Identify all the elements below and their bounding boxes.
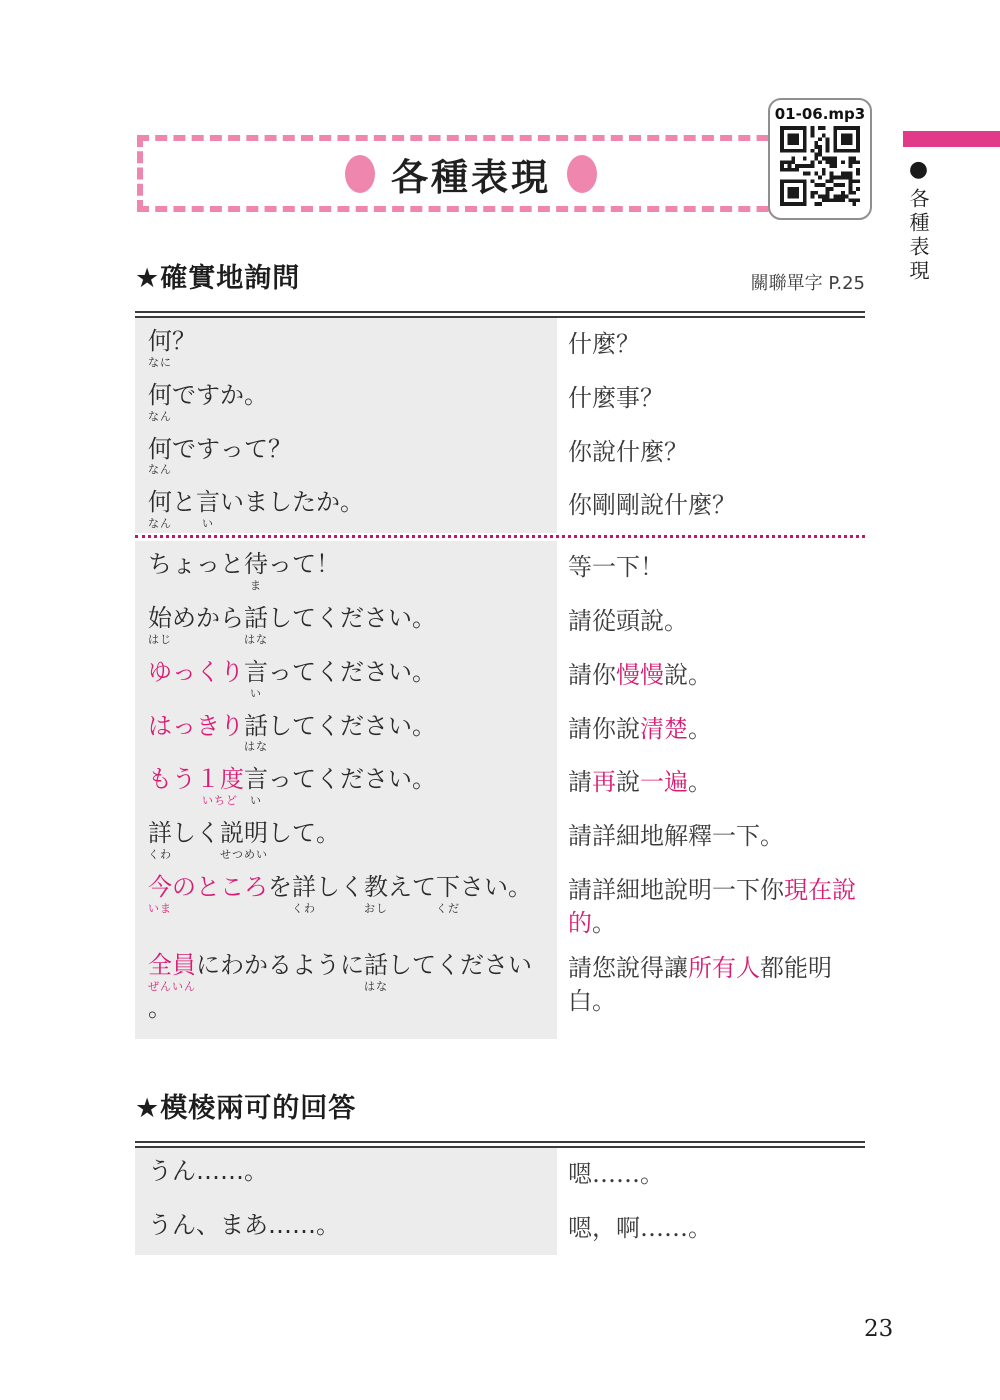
zh-translation-cell: 嗯，啊……。 [557, 1202, 865, 1256]
table-top-rule [135, 311, 865, 318]
side-tab-bar [903, 131, 1000, 147]
jp-phrase-cell: ち ょ っ と 待まっ て ！ [135, 541, 557, 595]
section-heading-row: ★模棱兩可的回答 [135, 1086, 865, 1125]
side-tab-bullet-icon: ● [906, 157, 931, 188]
zh-translation-cell: 請詳細地解釋一下。 [557, 810, 865, 864]
jp-phrase-cell: 何なんと 言いい ま し た か 。 [135, 479, 557, 533]
zh-translation-cell: 請你慢慢說。 [557, 649, 865, 703]
table-row: も う １度いちど言いっ て く だ さ い 。 請再說一遍。 [135, 756, 865, 810]
jp-phrase-cell: 始はじめ か ら 話はなし て く だ さ い 。 [135, 595, 557, 649]
jp-phrase-cell: 今いまの と こ ろ を 詳くわし く 教おしえ て 下くださ い 。 [135, 864, 557, 942]
zh-translation-cell: 你說什麼？ [557, 426, 865, 480]
phrase-sections: ★確實地詢問關聯單字 P.25何なに？ 什麼？何なんで す か 。 什麼事？何な… [135, 256, 865, 1255]
zh-translation-cell: 什麼？ [557, 318, 865, 372]
zh-translation-cell: 你剛剛說什麼？ [557, 479, 865, 533]
qr-code-icon [780, 126, 860, 206]
section-heading: ★模棱兩可的回答 [135, 1086, 356, 1125]
zh-translation-cell: 請您說得讓所有人都能明白。 [557, 942, 865, 1039]
side-tab: ●各種表現 [907, 157, 929, 284]
page-number: 23 [864, 1316, 893, 1342]
table-row: 全員ぜんいんに わ か る よ う に 話はなし て く だ さ い 。 請您說… [135, 942, 865, 1039]
page-title: 各種表現 [391, 147, 551, 201]
jp-phrase-cell: 何なに？ [135, 318, 557, 372]
title-dot-icon [567, 155, 597, 193]
table-row: 何なに？ 什麼？ [135, 318, 865, 372]
phrase-table: う ん … … 。 嗯……。う ん 、 ま あ … … 。 嗯，啊……。 [135, 1148, 865, 1256]
zh-translation-cell: 等一下！ [557, 541, 865, 595]
zh-translation-cell: 請你說清楚。 [557, 703, 865, 757]
table-row: 今いまの と こ ろ を 詳くわし く 教おしえ て 下くださ い 。 請詳細地… [135, 864, 865, 942]
table-row: 始はじめ か ら 話はなし て く だ さ い 。 請從頭說。 [135, 595, 865, 649]
jp-phrase-cell: う ん 、 ま あ … … 。 [135, 1202, 557, 1256]
title-dot-icon [345, 155, 375, 193]
table-row: う ん 、 ま あ … … 。 嗯，啊……。 [135, 1202, 865, 1256]
jp-phrase-cell: 詳くわし く 説明せつめいし て 。 [135, 810, 557, 864]
jp-phrase-cell: う ん … … 。 [135, 1148, 557, 1202]
related-words-note: 關聯單字 P.25 [751, 269, 865, 295]
table-row: 何なんで す か 。 什麼事？ [135, 372, 865, 426]
jp-phrase-cell: も う １度いちど言いっ て く だ さ い 。 [135, 756, 557, 810]
audio-filename: 01-06.mp3 [775, 107, 865, 122]
section-heading: ★確實地詢問 [135, 256, 300, 295]
zh-translation-cell: 什麼事？ [557, 372, 865, 426]
table-row: 何なんで す っ て ？ 你說什麼？ [135, 426, 865, 480]
zh-translation-cell: 請再說一遍。 [557, 756, 865, 810]
table-row: う ん … … 。 嗯……。 [135, 1148, 865, 1202]
table-top-rule [135, 1141, 865, 1148]
jp-phrase-cell: 全員ぜんいんに わ か る よ う に 話はなし て く だ さ い 。 [135, 942, 557, 1039]
side-tab-label: 各種表現 [906, 188, 930, 284]
section-heading-row: ★確實地詢問關聯單字 P.25 [135, 256, 865, 295]
table-row: ゆ っ く り 言いっ て く だ さ い 。 請你慢慢說。 [135, 649, 865, 703]
dotted-divider [135, 533, 865, 541]
zh-translation-cell: 請從頭說。 [557, 595, 865, 649]
jp-phrase-cell: ゆ っ く り 言いっ て く だ さ い 。 [135, 649, 557, 703]
zh-translation-cell: 請詳細地說明一下你現在說的。 [557, 864, 865, 942]
table-row: は っ き り 話はなし て く だ さ い 。 請你說清楚。 [135, 703, 865, 757]
jp-phrase-cell: は っ き り 話はなし て く だ さ い 。 [135, 703, 557, 757]
table-row: ち ょ っ と 待まっ て ！ 等一下！ [135, 541, 865, 595]
zh-translation-cell: 嗯……。 [557, 1148, 865, 1202]
jp-phrase-cell: 何なんで す か 。 [135, 372, 557, 426]
phrase-table: 何なに？ 什麼？何なんで す か 。 什麼事？何なんで す っ て ？ 你說什麼… [135, 318, 865, 1039]
table-row: 何なんと 言いい ま し た か 。 你剛剛說什麼？ [135, 479, 865, 533]
jp-phrase-cell: 何なんで す っ て ？ [135, 426, 557, 480]
book-page: 各種表現 01-06.mp3 ●各種表現 ★確實地詢問關聯單字 P.25何なに？… [0, 0, 1000, 1400]
audio-qr-panel: 01-06.mp3 [768, 98, 872, 220]
chapter-title-box: 各種表現 [137, 135, 805, 212]
table-row: 詳くわし く 説明せつめいし て 。 請詳細地解釋一下。 [135, 810, 865, 864]
